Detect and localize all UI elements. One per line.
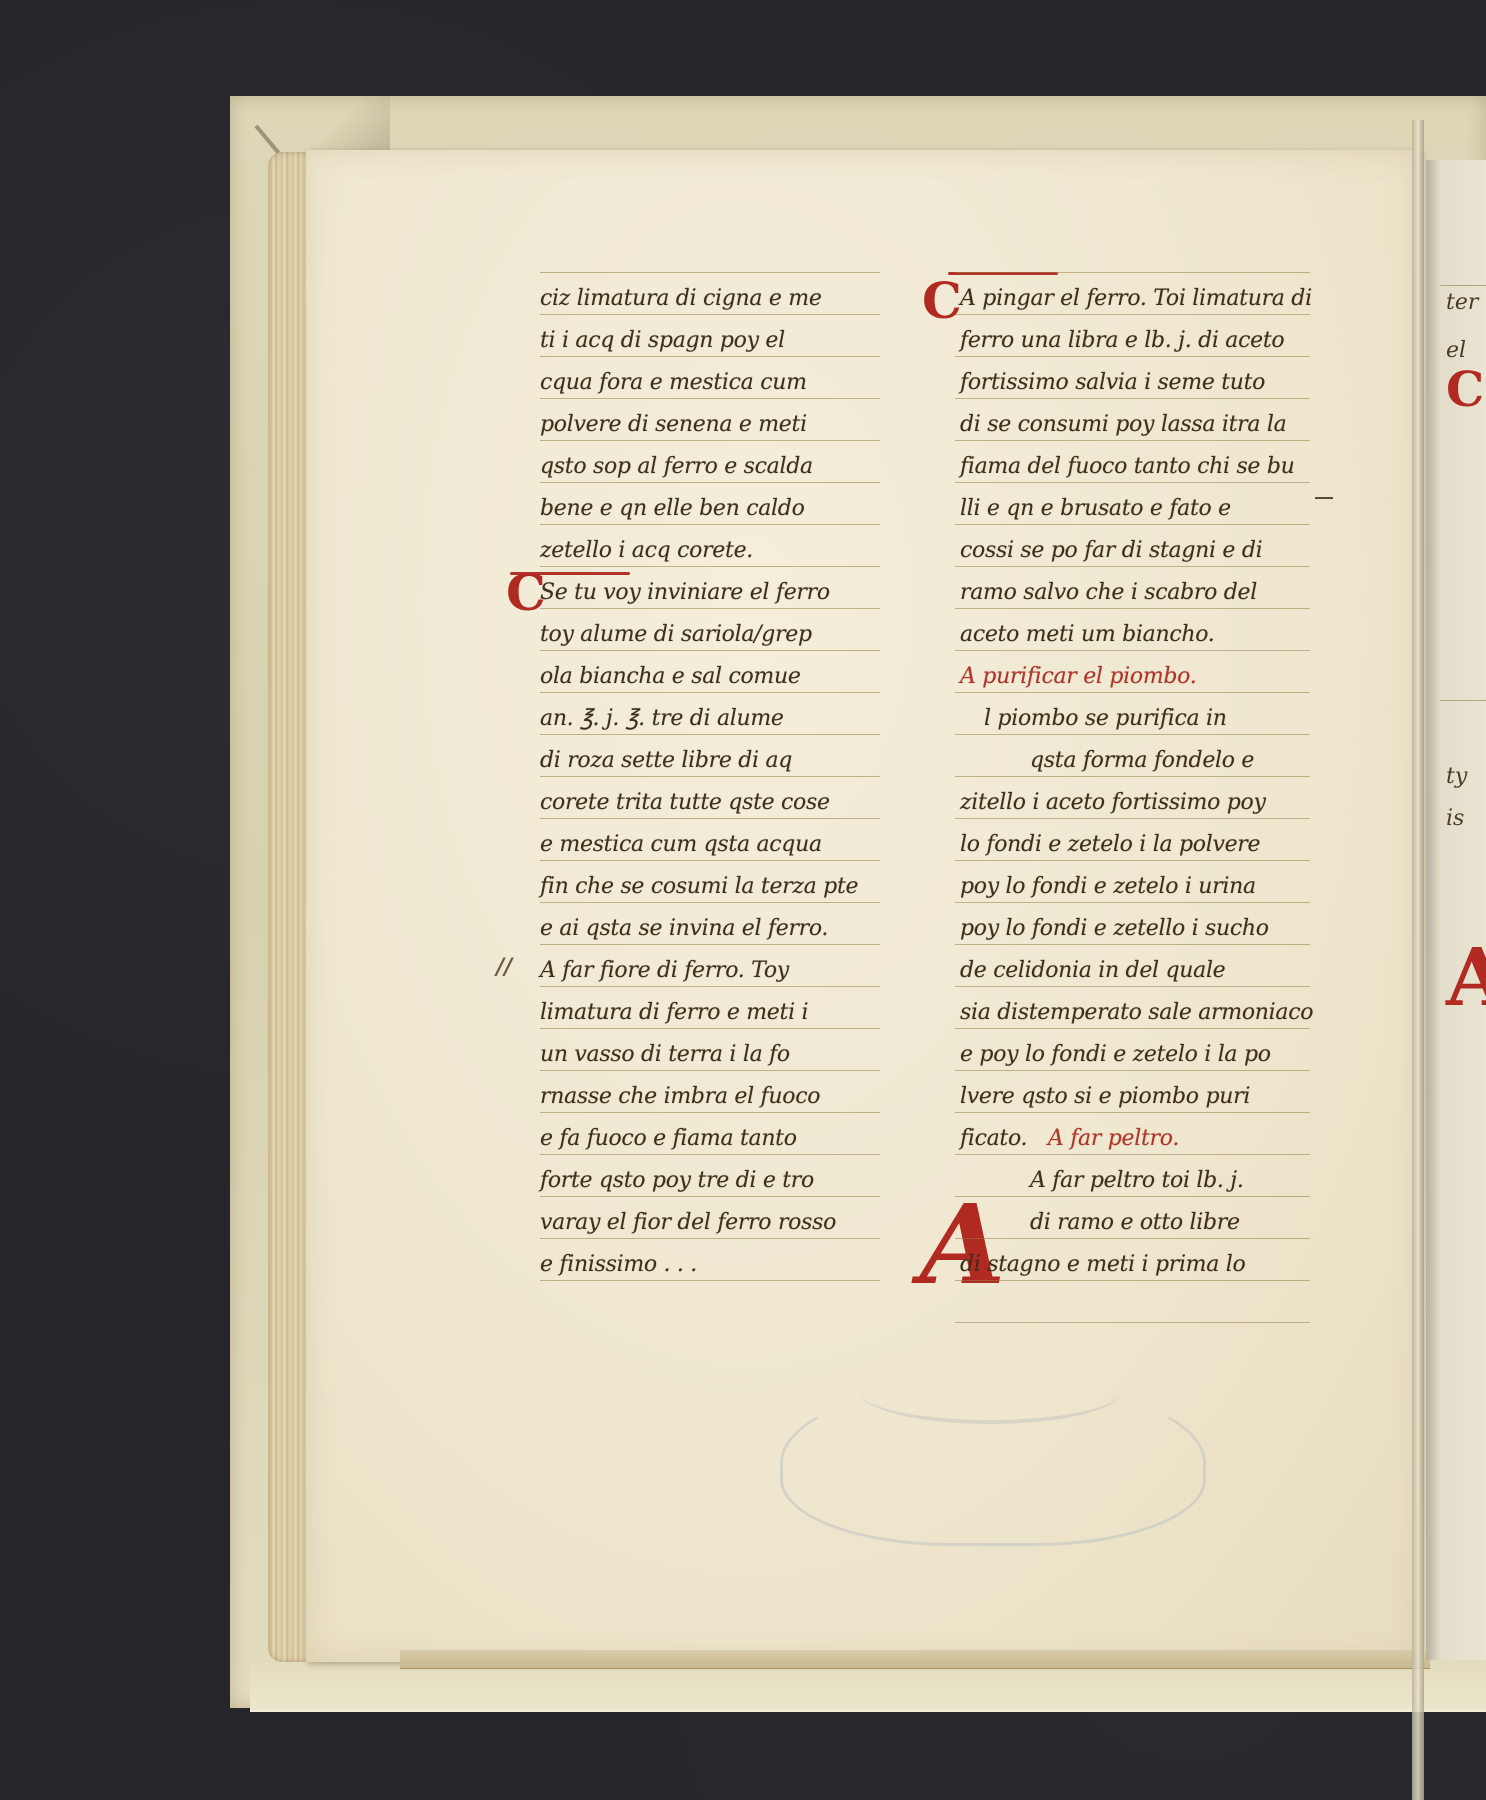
ruling-line [955,398,1310,399]
ruling-line [540,272,880,273]
ruling-line [955,902,1310,903]
ruling-line [955,1112,1310,1113]
ruling-line [540,1196,880,1197]
glass-gutter-bar [1412,120,1424,1800]
ruling-line [955,734,1310,735]
ruling-line [955,860,1310,861]
ruling-line [955,440,1310,441]
facing-ruling [1440,700,1486,701]
ruling-line [540,1112,880,1113]
ruling-line [955,482,1310,483]
ruling-line [540,566,880,567]
ruling-line [540,986,880,987]
facing-text-fragment: ter [1446,290,1478,315]
ruling-line [955,818,1310,819]
ruling-line [540,356,880,357]
ruling-line [955,272,1310,273]
ruling-line [955,356,1310,357]
ruling-line [540,776,880,777]
ruling-line [955,1070,1310,1071]
ruling-line [955,944,1310,945]
ruling-line [955,776,1310,777]
ruling-line [540,902,880,903]
ruling-line [955,1322,1310,1323]
facing-text-fragment: el [1446,338,1466,363]
ruling-line [955,986,1310,987]
facing-red-initial: A [1446,930,1486,1024]
folio-bottom-edge [400,1650,1430,1669]
ruling-line [540,1154,880,1155]
ruling-line [540,1280,880,1281]
ruling-line [955,608,1310,609]
ruling-line [955,1238,1310,1239]
ruling-line [540,692,880,693]
ruling-line [540,482,880,483]
facing-red-initial: C [1446,362,1484,418]
ruling-line [540,1028,880,1029]
ruling-line [540,1070,880,1071]
rubric-heading: A far peltro. [1048,1126,1179,1151]
ruling-line [955,314,1310,315]
facing-text-fragment: is [1446,806,1464,831]
ruling-line [540,944,880,945]
ruling-line [540,398,880,399]
ruling-line [540,608,880,609]
left-text-column: C // ciz limatura di cigna e me ti i acq… [540,278,880,1286]
facing-text-fragment: ty [1446,764,1467,789]
ruling-line [955,1280,1310,1281]
initial-c-right: C [922,276,962,326]
ruling-line [955,566,1310,567]
ruling-line [540,314,880,315]
ruling-line [540,734,880,735]
faded-show-through-stroke [860,1360,1120,1424]
ruling-line [540,524,880,525]
ruling-line [955,1196,1310,1197]
ruling-line [540,860,880,861]
ruling-line [955,1154,1310,1155]
text-fragment: ficato. [960,1126,1027,1151]
right-text-column: C A A pingar el ferro. Toi limatura di f… [960,278,1310,1286]
ruling-line [955,524,1310,525]
facing-ruling [1440,285,1486,286]
ruling-line [540,818,880,819]
ruling-line [955,692,1310,693]
ruling-line [955,1028,1310,1029]
ruling-line [540,1238,880,1239]
ruling-line [955,650,1310,651]
marginal-mark: // [496,954,512,980]
ruling-line [540,650,880,651]
margin-line-mark [1315,497,1333,499]
ruling-line [540,440,880,441]
